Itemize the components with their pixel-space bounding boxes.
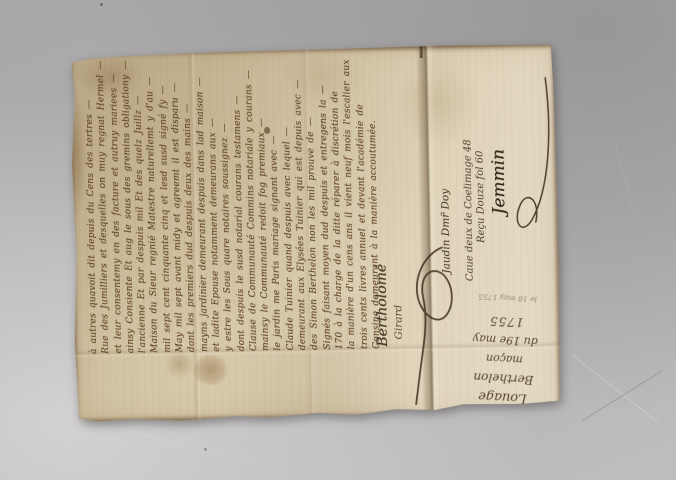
notary-signature-flourish	[507, 72, 556, 255]
surface-scratch	[112, 427, 258, 464]
manuscript-body-text: à autres quavoit dit depuis du Cens des …	[83, 53, 386, 354]
docket-endorsement: Louage Berthelon maçon du 19e may 1755 l…	[455, 282, 555, 409]
surface-speck	[100, 3, 103, 6]
paper-sheet: à autres quavoit dit depuis du Cens des …	[69, 44, 562, 423]
docket-note: le 18 may 1755	[460, 286, 555, 310]
surface-speck	[204, 448, 207, 451]
surface-scratch	[571, 354, 658, 423]
manuscript-paper: à autres quavoit dit depuis du Cens des …	[69, 44, 562, 423]
surface-scratch	[582, 370, 663, 421]
photo-stage: à autres quavoit dit depuis du Cens des …	[0, 0, 676, 480]
signature-bertholome: Bertholomé	[373, 235, 393, 347]
surface-scratch	[615, 147, 634, 215]
